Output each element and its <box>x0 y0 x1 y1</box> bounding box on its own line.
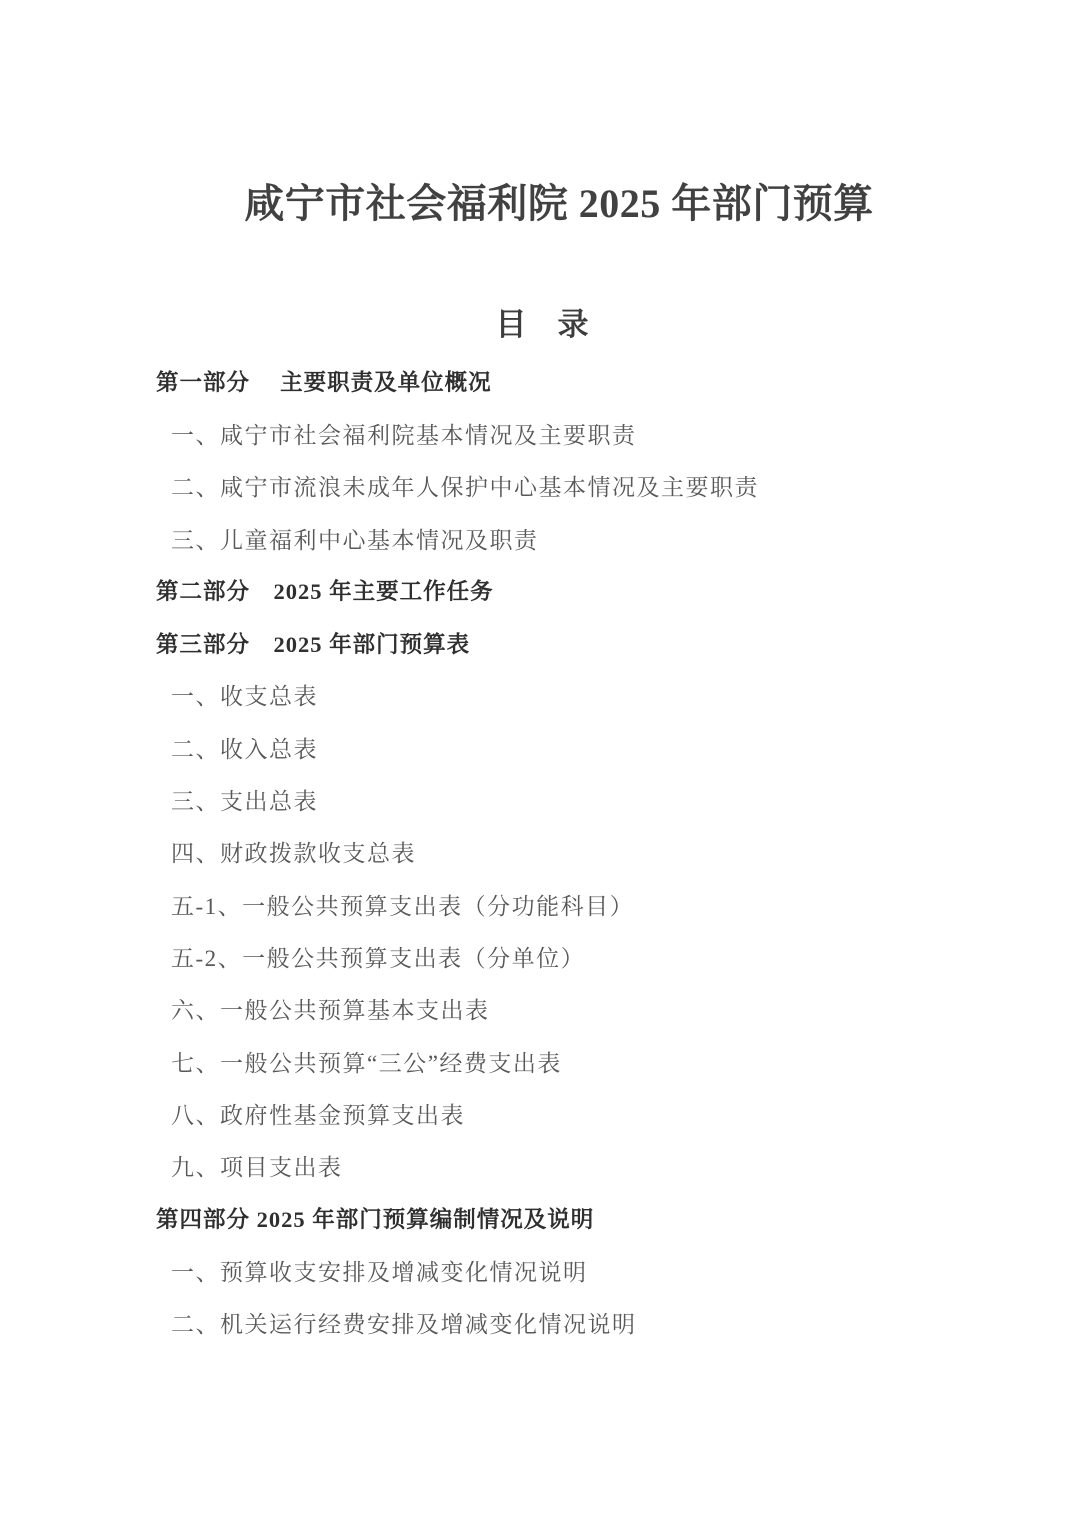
toc-heading: 目 录 <box>5 307 1074 343</box>
toc-section-heading: 第一部分 主要职责及单位概况 <box>0 355 1074 407</box>
toc-item: 八、政府性基金预算支出表 <box>0 1087 1074 1139</box>
toc-section-heading: 第四部分 2025 年部门预算编制情况及说明 <box>0 1192 1074 1244</box>
toc-item: 六、一般公共预算基本支出表 <box>0 983 1074 1035</box>
toc-item: 五-1、一般公共预算支出表（分功能科目） <box>0 878 1074 930</box>
toc-list: 第一部分 主要职责及单位概况 一、咸宁市社会福利院基本情况及主要职责 二、咸宁市… <box>0 355 1074 1349</box>
document-page: 咸宁市社会福利院 2025 年部门预算 目 录 第一部分 主要职责及单位概况 一… <box>0 0 1074 1520</box>
toc-item: 三、儿童福利中心基本情况及职责 <box>0 512 1074 564</box>
toc-item: 四、财政拨款收支总表 <box>0 826 1074 878</box>
toc-item: 三、支出总表 <box>0 773 1074 825</box>
toc-item: 七、一般公共预算“三公”经费支出表 <box>0 1035 1074 1087</box>
toc-item: 一、预算收支安排及增减变化情况说明 <box>0 1244 1074 1296</box>
toc-item: 二、机关运行经费安排及增减变化情况说明 <box>0 1296 1074 1348</box>
toc-section-heading: 第三部分 2025 年部门预算表 <box>0 616 1074 668</box>
toc-item: 一、咸宁市社会福利院基本情况及主要职责 <box>0 407 1074 459</box>
toc-section-heading: 第二部分 2025 年主要工作任务 <box>0 564 1074 616</box>
document-title: 咸宁市社会福利院 2025 年部门预算 <box>22 183 1074 225</box>
toc-item: 一、收支总表 <box>0 669 1074 721</box>
toc-item: 九、项目支出表 <box>0 1139 1074 1191</box>
toc-item: 二、咸宁市流浪未成年人保护中心基本情况及主要职责 <box>0 460 1074 512</box>
toc-item: 二、收入总表 <box>0 721 1074 773</box>
toc-item: 五-2、一般公共预算支出表（分单位） <box>0 930 1074 982</box>
